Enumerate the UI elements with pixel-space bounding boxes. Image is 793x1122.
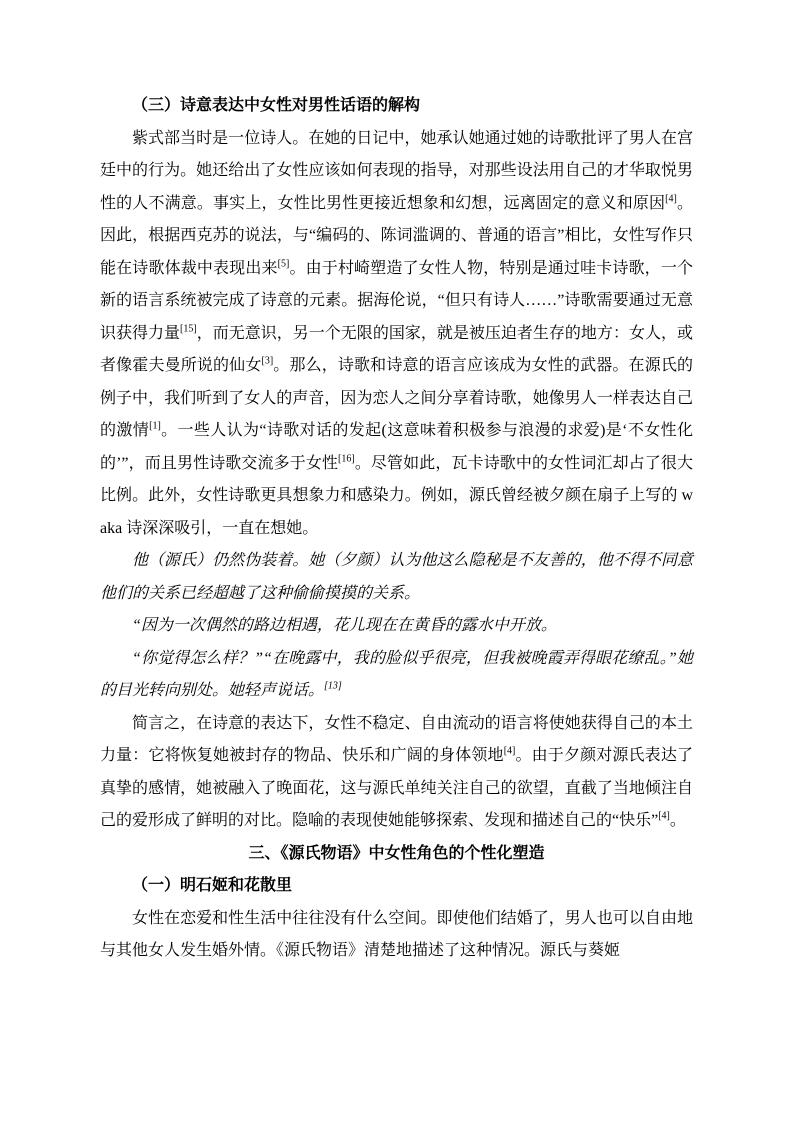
text-run: “你觉得怎么样？”“在晚露中，我的脸似乎很亮，但我被晚霞弄得眼花缭乱。”她的目光… <box>100 650 693 700</box>
footnote-reference: [4] <box>665 193 677 204</box>
footnote-reference: [3] <box>261 356 273 367</box>
text-run: 女性在恋爱和性生活中往往没有什么空间。即使他们结婚了，男人也可以自由地与其他女人… <box>100 910 693 960</box>
footnote-reference: [15] <box>180 323 197 334</box>
footnote-reference: [13] <box>324 681 342 692</box>
chapter-heading: 三、《源氏物语》中女性角色的个性化塑造 <box>100 838 693 871</box>
body-paragraph: 紫式部当时是一位诗人。在她的日记中，她承认她通过她的诗歌批评了男人在宫廷中的行为… <box>100 123 693 546</box>
footnote-reference: [4] <box>658 811 670 822</box>
section-heading: （三）诗意表达中女性对男性话语的解构 <box>100 90 693 123</box>
footnote-reference: [4] <box>504 746 516 757</box>
text-run: 。 <box>670 812 686 829</box>
text-run: “因为一次偶然的路边相遇，花儿现在在黄昏的露水中开放。 <box>132 617 557 634</box>
footnote-reference: [16] <box>338 453 355 464</box>
quote-paragraph: 他（源氏）仍然伪装着。她（夕颜）认为他这么隐秘是不友善的，他不得不同意他们的关系… <box>100 545 693 610</box>
text-run: 紫式部当时是一位诗人。在她的日记中，她承认她通过她的诗歌批评了男人在宫廷中的行为… <box>100 130 693 212</box>
block-quote: 他（源氏）仍然伪装着。她（夕颜）认为他这么隐秘是不友善的，他不得不同意他们的关系… <box>100 545 693 708</box>
document-content: （三）诗意表达中女性对男性话语的解构 紫式部当时是一位诗人。在她的日记中，她承认… <box>100 90 693 968</box>
quote-paragraph: “你觉得怎么样？”“在晚露中，我的脸似乎很亮，但我被晚霞弄得眼花缭乱。”她的目光… <box>100 643 693 708</box>
document-page: （三）诗意表达中女性对男性话语的解构 紫式部当时是一位诗人。在她的日记中，她承认… <box>0 0 793 1122</box>
body-paragraph: 女性在恋爱和性生活中往往没有什么空间。即使他们结婚了，男人也可以自由地与其他女人… <box>100 903 693 968</box>
text-run: 他（源氏）仍然伪装着。她（夕颜）认为他这么隐秘是不友善的，他不得不同意他们的关系… <box>100 552 693 602</box>
body-paragraph: 简言之，在诗意的表达下，女性不稳定、自由流动的语言将使她获得自己的本土力量：它将… <box>100 708 693 838</box>
footnote-reference: [1] <box>149 421 161 432</box>
subsection-heading: （一）明石姬和花散里 <box>100 870 693 903</box>
quote-paragraph: “因为一次偶然的路边相遇，花儿现在在黄昏的露水中开放。 <box>100 610 693 643</box>
footnote-reference: [5] <box>278 258 290 269</box>
